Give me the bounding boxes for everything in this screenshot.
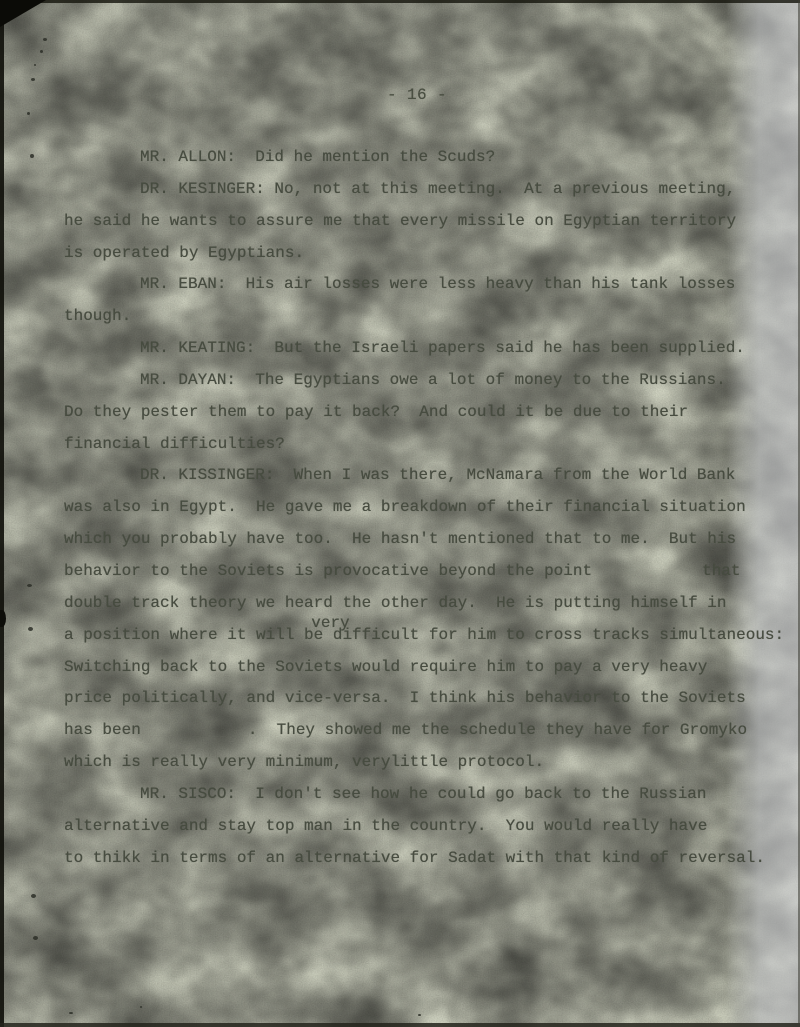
transcript-line: price politically, and vice-versa. I thi… [64, 683, 800, 715]
ink-speck [140, 1006, 142, 1008]
ink-speck [31, 894, 36, 898]
transcript-line: which is really very minimum, verylittle… [64, 747, 800, 779]
transcript-line: has been. They showed me the schedule th… [64, 715, 800, 747]
transcript-line: though. [64, 301, 800, 333]
transcript-line: he said he wants to assure me that every… [64, 206, 800, 238]
ink-speck [33, 936, 38, 940]
transcript-line: a position where it will bevery difficul… [64, 620, 800, 652]
transcript-line: DR. KESINGER: No, not at this meeting. A… [64, 174, 800, 206]
document-body: MR. ALLON: Did he mention the Scuds?DR. … [64, 142, 800, 874]
ink-speck [28, 627, 33, 631]
ink-speck [43, 38, 47, 41]
scan-corner-fold [0, 0, 46, 27]
transcript-line: MR. KEATING: But the Israeli papers said… [64, 333, 800, 365]
ink-speck [40, 50, 43, 53]
transcript-line: MR. EBAN: His air losses were less heavy… [64, 269, 800, 301]
page-number: - 16 - [17, 86, 800, 104]
ink-speck [34, 64, 36, 66]
scan-edge-top [0, 0, 800, 3]
transcript-line: MR. ALLON: Did he mention the Scuds? [64, 142, 800, 174]
transcript-line: alternative and stay top man in the coun… [64, 811, 800, 843]
transcript-line: double track theory we heard the other d… [64, 588, 800, 620]
scanned-document-page: - 16 - MR. ALLON: Did he mention the Scu… [0, 0, 800, 1027]
blank-gap [141, 733, 248, 734]
ink-speck [418, 1014, 421, 1016]
transcript-line: to thikk in terms of an alternative for … [64, 843, 800, 875]
transcript-line: DR. KISSINGER: When I was there, McNamar… [64, 460, 800, 492]
scan-edge-blob [0, 610, 6, 627]
scan-edge-bottom [0, 1023, 800, 1027]
transcript-line: MR. SISCO: I don't see how he could go b… [64, 779, 800, 811]
ink-speck [30, 154, 34, 158]
transcript-line: is operated by Egyptians. [64, 238, 800, 270]
transcript-line: was also in Egypt. He gave me a breakdow… [64, 492, 800, 524]
blank-gap [592, 574, 702, 575]
ink-speck [27, 112, 30, 115]
ink-speck [27, 584, 32, 587]
transcript-line: Do they pester them to pay it back? And … [64, 397, 800, 429]
ink-speck [31, 78, 35, 81]
scan-edge-left [0, 0, 4, 1027]
ink-speck [69, 1012, 73, 1014]
transcript-line: which you probably have too. He hasn't m… [64, 524, 800, 556]
transcript-line: Switching back to the Soviets would requ… [64, 652, 800, 684]
transcript-line: behavior to the Soviets is provocative b… [64, 556, 800, 588]
transcript-line: MR. DAYAN: The Egyptians owe a lot of mo… [64, 365, 800, 397]
transcript-line: financial difficulties? [64, 429, 800, 461]
